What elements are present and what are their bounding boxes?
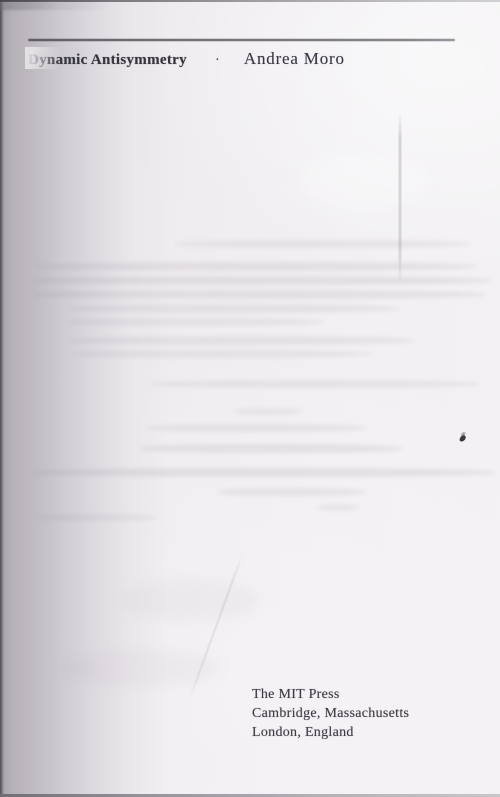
half-title-row: Dynamic Antisymmetry · Andrea Moro: [28, 49, 478, 69]
ghost-bleedthrough: [150, 380, 480, 388]
ghost-bleedthrough: [33, 276, 491, 285]
ghost-bleedthrough: [35, 290, 485, 299]
publisher-imprint: The MIT Press Cambridge, Massachusetts L…: [252, 685, 409, 742]
book-title: Dynamic Antisymmetry: [28, 52, 187, 69]
scanned-book-title-page: Dynamic Antisymmetry · Andrea Moro The M…: [0, 0, 500, 797]
ghost-bleedthrough: [217, 488, 367, 496]
scan-blotch: [300, 150, 430, 210]
scan-blotch: [120, 580, 260, 620]
publisher-city-1: Cambridge, Massachusetts: [252, 704, 409, 723]
publisher-city-2: London, England: [252, 723, 409, 742]
ghost-bleedthrough: [175, 240, 470, 248]
ghost-bleedthrough: [72, 350, 372, 358]
author-name: Andrea Moro: [244, 49, 345, 69]
ghost-bleedthrough: [33, 468, 495, 477]
ghost-bleedthrough: [36, 514, 156, 521]
ghost-bleedthrough: [140, 444, 402, 453]
ghost-bleedthrough: [317, 504, 359, 511]
publisher-name: The MIT Press: [252, 685, 409, 704]
scan-corner-shadow: [0, 1, 110, 10]
ghost-bleedthrough: [36, 262, 476, 271]
vertical-paper-crease: [399, 113, 401, 285]
ghost-bleedthrough: [68, 318, 323, 326]
ghost-bleedthrough: [70, 336, 415, 345]
header-rule: [28, 39, 455, 41]
ghost-bleedthrough: [233, 408, 303, 415]
separator-dot: ·: [215, 52, 220, 69]
ghost-bleedthrough: [70, 304, 400, 313]
ghost-bleedthrough: [147, 424, 367, 432]
